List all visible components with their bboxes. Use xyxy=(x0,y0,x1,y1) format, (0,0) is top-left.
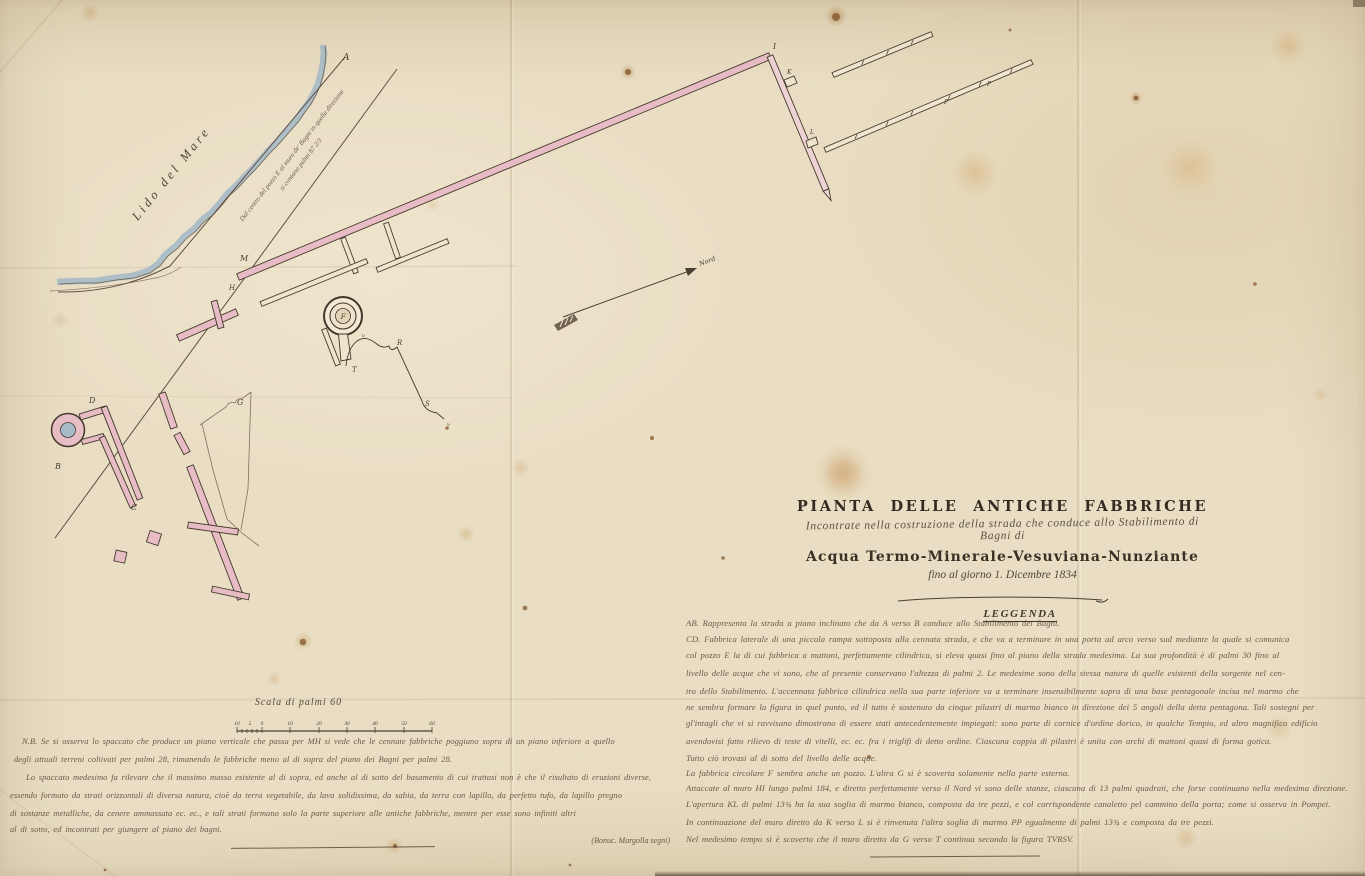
legend-line: Attaccate al muro HI lungo palmi 184, e … xyxy=(686,783,1348,793)
legend-line: Nel medesimo tempo si è scoverto che il … xyxy=(686,834,1073,844)
signature: (Bonuc. Margolla segni) xyxy=(558,836,670,845)
legend-line: CD. Fabbrica laterale di una piccola ram… xyxy=(686,634,1289,644)
legend-line: tro dello Stabilimento. L'accennata fabb… xyxy=(686,686,1299,696)
photo-edge-corner xyxy=(1353,0,1365,7)
scale-tick-label: 10 xyxy=(234,721,240,727)
title-block: PIANTA DELLE ANTICHE FABBRICHE Incontrat… xyxy=(795,498,1210,581)
broken-bar-seg xyxy=(174,432,190,454)
scale-tick-label: 0 xyxy=(261,721,264,727)
well-F-neck xyxy=(339,334,352,361)
title-name-line: Acqua Termo-Minerale-Vesuviana-Nunziante xyxy=(795,549,1210,565)
door-notch-k xyxy=(784,76,797,87)
wall-HI-extension xyxy=(177,309,239,341)
scale-label: Scala di palmi 60 xyxy=(236,697,361,709)
map-label-L: L xyxy=(809,129,814,136)
legend-line: avendovisi fatto rilievo di teste di vit… xyxy=(686,736,1272,746)
broken-bar-seg xyxy=(159,392,178,429)
legend-line: La fabbrica circolare F sembra anche un … xyxy=(686,768,1070,778)
photo-edge-bottom xyxy=(655,871,1365,876)
map-label-I: I xyxy=(772,42,777,51)
map-label-A: A xyxy=(342,53,350,63)
well-E-water xyxy=(61,423,76,438)
pillar-square xyxy=(114,550,127,563)
legend-line: ne sembra formare la figura in quel punt… xyxy=(686,702,1314,712)
wall-KL-tip xyxy=(823,189,831,201)
scale-tick-label: 20 xyxy=(316,721,322,727)
nota-line: Lo spaccato medesimo fa rilevare che il … xyxy=(26,773,651,783)
map-label-D: D xyxy=(88,396,96,405)
scale-tick-label: 60 xyxy=(429,721,435,727)
page-title: PIANTA DELLE ANTICHE FABBRICHE xyxy=(795,498,1210,515)
legend-line: livello delle acque che vi sono, che al … xyxy=(686,668,1285,678)
sill-bars xyxy=(824,32,1033,153)
scale-tick-label: 50 xyxy=(401,721,407,727)
map-label-K: K xyxy=(786,69,792,76)
sill-bar xyxy=(832,32,933,78)
map-label-B: B xyxy=(54,462,61,471)
nota-line: N.B. Se si osserva lo spaccato che produ… xyxy=(22,737,615,747)
scale-bar: 10 5 0 10 20 30 40 50 60 xyxy=(234,720,435,733)
road-edge-a xyxy=(58,57,345,292)
legend-line: In continuazione del muro diretto da K v… xyxy=(686,817,1214,827)
nota-line: di sostanze metalliche, da cenere ammass… xyxy=(10,809,576,819)
scale-tick-label: 30 xyxy=(343,721,350,727)
nota-line: essendo formato da strati orizzontali di… xyxy=(10,791,622,801)
lower-walls xyxy=(114,392,250,600)
room-wall xyxy=(384,222,401,259)
legend-line: AB. Rappresenta la strada a piano inclin… xyxy=(686,618,1060,628)
scale-tick-label: 40 xyxy=(372,720,378,727)
room-walls xyxy=(260,222,449,306)
room-wall xyxy=(376,239,449,273)
cross-arm xyxy=(211,586,249,600)
pillar-square xyxy=(146,530,161,545)
scanned-plan-sheet: 10 5 0 10 20 30 40 50 60 A M H I K L P P… xyxy=(0,0,1365,876)
legend-line: gl'intagli che vi si ravvisano dimostran… xyxy=(686,718,1318,728)
legend-line: Tutto ciò trovasi al di sotto del livell… xyxy=(686,753,877,763)
north-arrow-head xyxy=(685,268,697,276)
title-flourish xyxy=(898,597,1108,602)
legend-line: col pozzo E la di cui fabbrica a mattoni… xyxy=(686,650,1279,660)
nota-line: al di sotto, ed incontrati per giungere … xyxy=(10,825,222,835)
north-arrow xyxy=(554,268,697,331)
map-label-C: C xyxy=(131,503,137,512)
scale-tick-label: 10 xyxy=(287,721,293,727)
wall-KL xyxy=(767,55,829,191)
map-letters: A M H I K L P P D B C G F T R S v v Nord xyxy=(54,42,992,512)
title-date-line: fino al giorno 1. Dicembre 1834 xyxy=(795,569,1210,581)
title-subtitle: Incontrate nella costruzione della strad… xyxy=(795,515,1210,544)
map-label-M: M xyxy=(239,254,249,263)
scale-tick-label: 5 xyxy=(249,721,252,727)
map-label-G: G xyxy=(237,398,244,407)
well-E-group xyxy=(52,406,143,508)
map-label-v1: v xyxy=(362,333,365,339)
map-label-R: R xyxy=(396,339,403,347)
map-label-T: T xyxy=(352,366,358,374)
nota-line: degli attuali terreni coltivati per palm… xyxy=(14,755,452,765)
legend-line: L'apertura KL di palmi 13¾ ha la sua sog… xyxy=(686,799,1330,809)
north-label: Nord xyxy=(697,255,717,269)
map-label-S: S xyxy=(425,400,430,408)
map-label-H: H xyxy=(228,284,236,292)
